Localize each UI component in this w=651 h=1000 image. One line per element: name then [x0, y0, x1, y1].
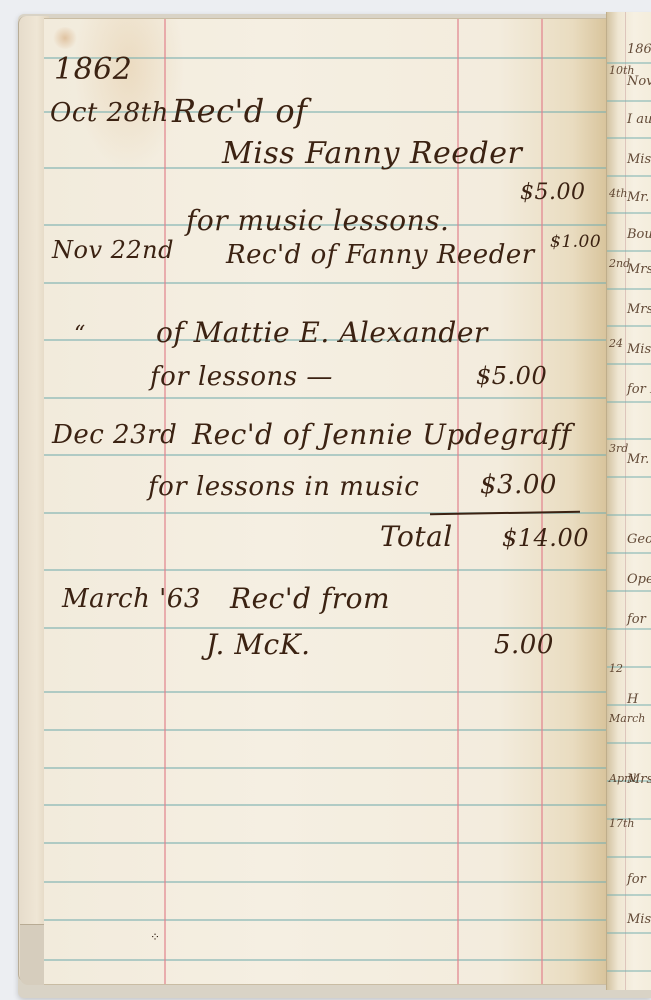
facing-date: 17th: [609, 817, 635, 830]
entry-3-ditto: “: [74, 322, 86, 347]
ruled-line: [44, 454, 612, 456]
ruled-line: [44, 767, 612, 769]
entry-1-line-1: Rec'd of: [172, 92, 308, 130]
entry-4-date: Dec 23rd: [52, 420, 177, 450]
entry-3-line-1: of Mattie E. Alexander: [156, 316, 488, 349]
entry-1-line-2: Miss Fanny Reeder: [222, 136, 522, 171]
ruled-line: [607, 514, 651, 516]
facing-date: March: [609, 712, 645, 725]
facing-text: for L: [627, 382, 651, 397]
ruled-line: [607, 288, 651, 290]
ruled-line: [44, 691, 612, 693]
ruled-line: [44, 804, 612, 806]
age-stain: [52, 27, 78, 49]
entry-1-line-3: for music lessons.: [186, 204, 449, 237]
ruled-line: [607, 894, 651, 896]
year-heading: 1862: [54, 52, 132, 87]
facing-text: Openi: [627, 572, 651, 587]
ruled-line: [607, 438, 651, 440]
ruled-line: [607, 325, 651, 327]
facing-text: Nov: [627, 74, 651, 89]
ruled-line: [44, 569, 612, 571]
entry-2-date: Nov 22nd: [52, 236, 174, 264]
ruled-line: [607, 476, 651, 478]
ruled-line: [44, 881, 612, 883]
ruled-line: [607, 856, 651, 858]
entry-1-amount: $5.00: [520, 180, 585, 205]
facing-date: 12: [609, 662, 623, 675]
margin-line-cents: [541, 19, 543, 984]
ruled-line: [607, 363, 651, 365]
later-entry-line-1: Rec'd from: [230, 582, 390, 615]
facing-date: 24: [609, 337, 623, 350]
later-entry-line-2: J. McK.: [206, 628, 311, 661]
facing-text: Miss: [627, 912, 651, 927]
facing-text: Mrs. M: [627, 262, 651, 277]
ruled-line: [607, 552, 651, 554]
entry-2-amount: $1.00: [550, 232, 601, 252]
ruled-line: [607, 970, 651, 972]
facing-date: 3rd: [609, 442, 628, 455]
entry-2-line-1: Rec'd of Fanny Reeder: [226, 240, 535, 270]
ruled-line: [44, 919, 612, 921]
ink-specks: ⁘: [150, 930, 160, 944]
later-entry-amount: 5.00: [494, 630, 554, 660]
ruled-line: [44, 842, 612, 844]
facing-text: Miss: [627, 152, 651, 167]
ruled-line: [607, 175, 651, 177]
ruled-line: [607, 401, 651, 403]
ruled-line: [607, 137, 651, 139]
facing-page: 10th 4th 2nd 24 3rd 12 March April 17th …: [606, 12, 651, 990]
facing-text: Miss: [627, 342, 651, 357]
facing-date: 4th: [609, 187, 628, 200]
ruled-line: [607, 932, 651, 934]
ruled-line: [607, 212, 651, 214]
facing-text: H: [627, 692, 638, 707]
ruled-line: [607, 742, 651, 744]
ruled-line: [44, 627, 612, 629]
facing-text: 1862: [627, 42, 651, 57]
ruled-line: [44, 397, 612, 399]
facing-text: Mr. M: [627, 452, 651, 467]
facing-text: Geo: [627, 532, 651, 547]
facing-text: I aught: [627, 112, 651, 127]
facing-text: Bought: [627, 227, 651, 242]
later-entry-date: March '63: [62, 584, 201, 614]
ruled-line: [607, 250, 651, 252]
entry-4-line-1: Rec'd of Jennie Updegraff: [192, 418, 572, 451]
entry-3-amount: $5.00: [476, 362, 547, 390]
ruled-line: [44, 959, 612, 961]
ruled-line: [44, 729, 612, 731]
total-amount: $14.00: [502, 524, 589, 552]
facing-text: for: [627, 612, 646, 627]
ruled-line: [607, 590, 651, 592]
facing-text: for: [627, 872, 646, 887]
total-label: Total: [380, 520, 453, 553]
ruled-line: [44, 282, 612, 284]
ruled-line: [607, 628, 651, 630]
facing-text: Mr. ga: [627, 190, 651, 205]
entry-3-line-2: for lessons —: [150, 362, 333, 392]
entry-4-line-2: for lessons in music: [148, 472, 419, 502]
facing-text: Mrs. Y: [627, 302, 651, 317]
ruled-line: [607, 100, 651, 102]
entry-1-date: Oct 28th: [50, 98, 169, 128]
entry-4-amount: $3.00: [480, 470, 557, 500]
facing-text: Mrs.: [627, 772, 651, 787]
facing-page-margin: [625, 12, 626, 990]
